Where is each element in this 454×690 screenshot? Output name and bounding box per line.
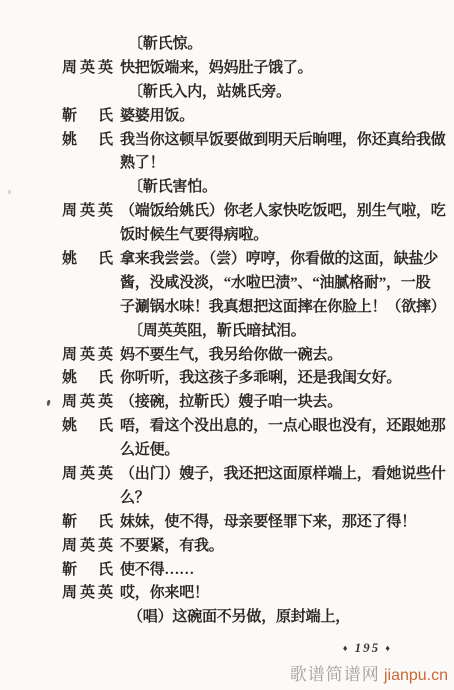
- speaker-name: 周英英: [62, 391, 120, 415]
- dialogue-text: 么？: [120, 490, 150, 506]
- script-body: 〔靳氏惊。 周英英快把饭端来，妈妈肚子饿了。 〔靳氏入内，站姚氏旁。 靳 氏婆婆…: [0, 33, 454, 630]
- scan-speck: [8, 190, 11, 194]
- dialogue-text: 你听听，我这孩子多乖唎，还是我闺女好。: [120, 367, 401, 391]
- dialogue-continuation: 酱，没咸没淡，“水啦巴渍”、“油腻格耐”，一股: [0, 272, 454, 296]
- speaker-name: 姚 氏: [62, 367, 120, 391]
- page-number-decor-right-icon: ♦: [385, 643, 392, 653]
- dialogue-continuation: 么？: [0, 487, 454, 511]
- speaker-name: 周英英: [62, 463, 120, 487]
- dialogue-text: 么近便。: [120, 442, 179, 458]
- watermark: 歌谱简谱网 jianpu.cn: [290, 660, 448, 685]
- dialogue-continuation: 么近便。: [0, 439, 454, 463]
- watermark-site-url: jianpu.cn: [384, 667, 448, 684]
- dialogue-text: （出门）嫂子，我还把这面原样端上，看她说些什: [120, 463, 446, 487]
- speech-line: 周英英（接碗，拉靳氏）嫂子咱一块去。: [0, 391, 454, 415]
- dialogue-text: 子涮锅水味！我真想把这面摔在你脸上！（欲摔）: [120, 299, 446, 315]
- stage-direction: 〔周英英阻，靳氏暗拭泪。: [0, 320, 454, 344]
- stage-direction-text: 〔靳氏惊。: [128, 36, 202, 52]
- dialogue-text: 拿来我尝尝。（尝）哼哼，你看做的这面，缺盐少: [120, 248, 438, 272]
- page-number-value: 195: [355, 640, 381, 655]
- speech-line: 周英英妈不要生气，我另给你做一碗去。: [0, 344, 454, 368]
- stage-direction: 〔靳氏入内，站姚氏旁。: [0, 81, 454, 105]
- speaker-name: 姚 氏: [62, 129, 120, 153]
- speech-line: 姚 氏你听听，我这孩子多乖唎，还是我闺女好。: [0, 367, 454, 391]
- speech-line: 周英英不要紧，有我。: [0, 535, 454, 559]
- stage-direction-text: 〔周英英阻，靳氏暗拭泪。: [128, 323, 306, 339]
- stage-direction: 〔靳氏害怕。: [0, 176, 454, 200]
- dialogue-text: 唔，看这个没出息的，一点心眼也没有，还跟她那: [120, 415, 446, 439]
- speech-line: 姚 氏我当你这顿早饭要做到明天后晌哩，你还真给我做: [0, 129, 454, 153]
- dialogue-text: 妈不要生气，我另给你做一碗去。: [120, 344, 342, 368]
- page-number-decor-left-icon: ♦: [343, 643, 350, 653]
- speaker-name: 周英英: [62, 582, 120, 606]
- speaker-name: 靳 氏: [62, 511, 120, 535]
- dialogue-text: （接碗，拉靳氏）嫂子咱一块去。: [120, 391, 342, 415]
- dialogue-text: 我当你这顿早饭要做到明天后晌哩，你还真给我做: [120, 129, 446, 153]
- speaker-name: 周英英: [62, 344, 120, 368]
- stage-direction-text: 〔靳氏害怕。: [128, 179, 217, 195]
- song-line: （唱）这碗面不另做，原封端上，: [0, 606, 454, 630]
- speaker-name: 姚 氏: [62, 248, 120, 272]
- dialogue-text: 快把饭端来，妈妈肚子饿了。: [120, 57, 312, 81]
- dialogue-text: 饭时候生气要得病啦。: [120, 227, 268, 243]
- dialogue-text: 哎，你来吧！: [120, 582, 209, 606]
- stage-direction-text: 〔靳氏入内，站姚氏旁。: [128, 84, 291, 100]
- speech-line: 周英英（出门）嫂子，我还把这面原样端上，看她说些什: [0, 463, 454, 487]
- speaker-name: 靳 氏: [62, 559, 120, 583]
- dialogue-text: 熟了！: [120, 155, 164, 171]
- speaker-name: 姚 氏: [62, 415, 120, 439]
- stage-direction: 〔靳氏惊。: [0, 33, 454, 57]
- speech-line: 周英英哎，你来吧！: [0, 582, 454, 606]
- dialogue-text: （端饭给姚氏）你老人家快吃饭吧，别生气啦，吃: [120, 200, 446, 224]
- speech-line: 姚 氏拿来我尝尝。（尝）哼哼，你看做的这面，缺盐少: [0, 248, 454, 272]
- dialogue-continuation: 饭时候生气要得病啦。: [0, 224, 454, 248]
- speech-line: 姚 氏唔，看这个没出息的，一点心眼也没有，还跟她那: [0, 415, 454, 439]
- speaker-name: 周英英: [62, 57, 120, 81]
- song-text: （唱）这碗面不另做，原封端上，: [128, 609, 350, 625]
- watermark-site-name: 歌谱简谱网: [290, 665, 380, 684]
- dialogue-text: 婆婆用饭。: [120, 105, 194, 129]
- speech-line: 周英英（端饭给姚氏）你老人家快吃饭吧，别生气啦，吃: [0, 200, 454, 224]
- speaker-name: 周英英: [62, 535, 120, 559]
- speaker-name: 周英英: [62, 200, 120, 224]
- dialogue-text: 使不得……: [120, 559, 194, 583]
- dialogue-text: 妹妹，使不得，母亲要怪罪下来，那还了得！: [120, 511, 416, 535]
- speech-line: 靳 氏使不得……: [0, 559, 454, 583]
- speaker-name: 靳 氏: [62, 105, 120, 129]
- dialogue-continuation: 子涮锅水味！我真想把这面摔在你脸上！（欲摔）: [0, 296, 454, 320]
- page-number: ♦ 195 ♦: [343, 640, 392, 656]
- speech-line: 周英英快把饭端来，妈妈肚子饿了。: [0, 57, 454, 81]
- dialogue-continuation: 熟了！: [0, 152, 454, 176]
- speech-line: 靳 氏妹妹，使不得，母亲要怪罪下来，那还了得！: [0, 511, 454, 535]
- dialogue-text: 不要紧，有我。: [120, 535, 224, 559]
- speech-line: 靳 氏婆婆用饭。: [0, 105, 454, 129]
- script-page: 〔靳氏惊。 周英英快把饭端来，妈妈肚子饿了。 〔靳氏入内，站姚氏旁。 靳 氏婆婆…: [0, 0, 454, 690]
- dialogue-text: 酱，没咸没淡，“水啦巴渍”、“油腻格耐”，一股: [120, 275, 430, 291]
